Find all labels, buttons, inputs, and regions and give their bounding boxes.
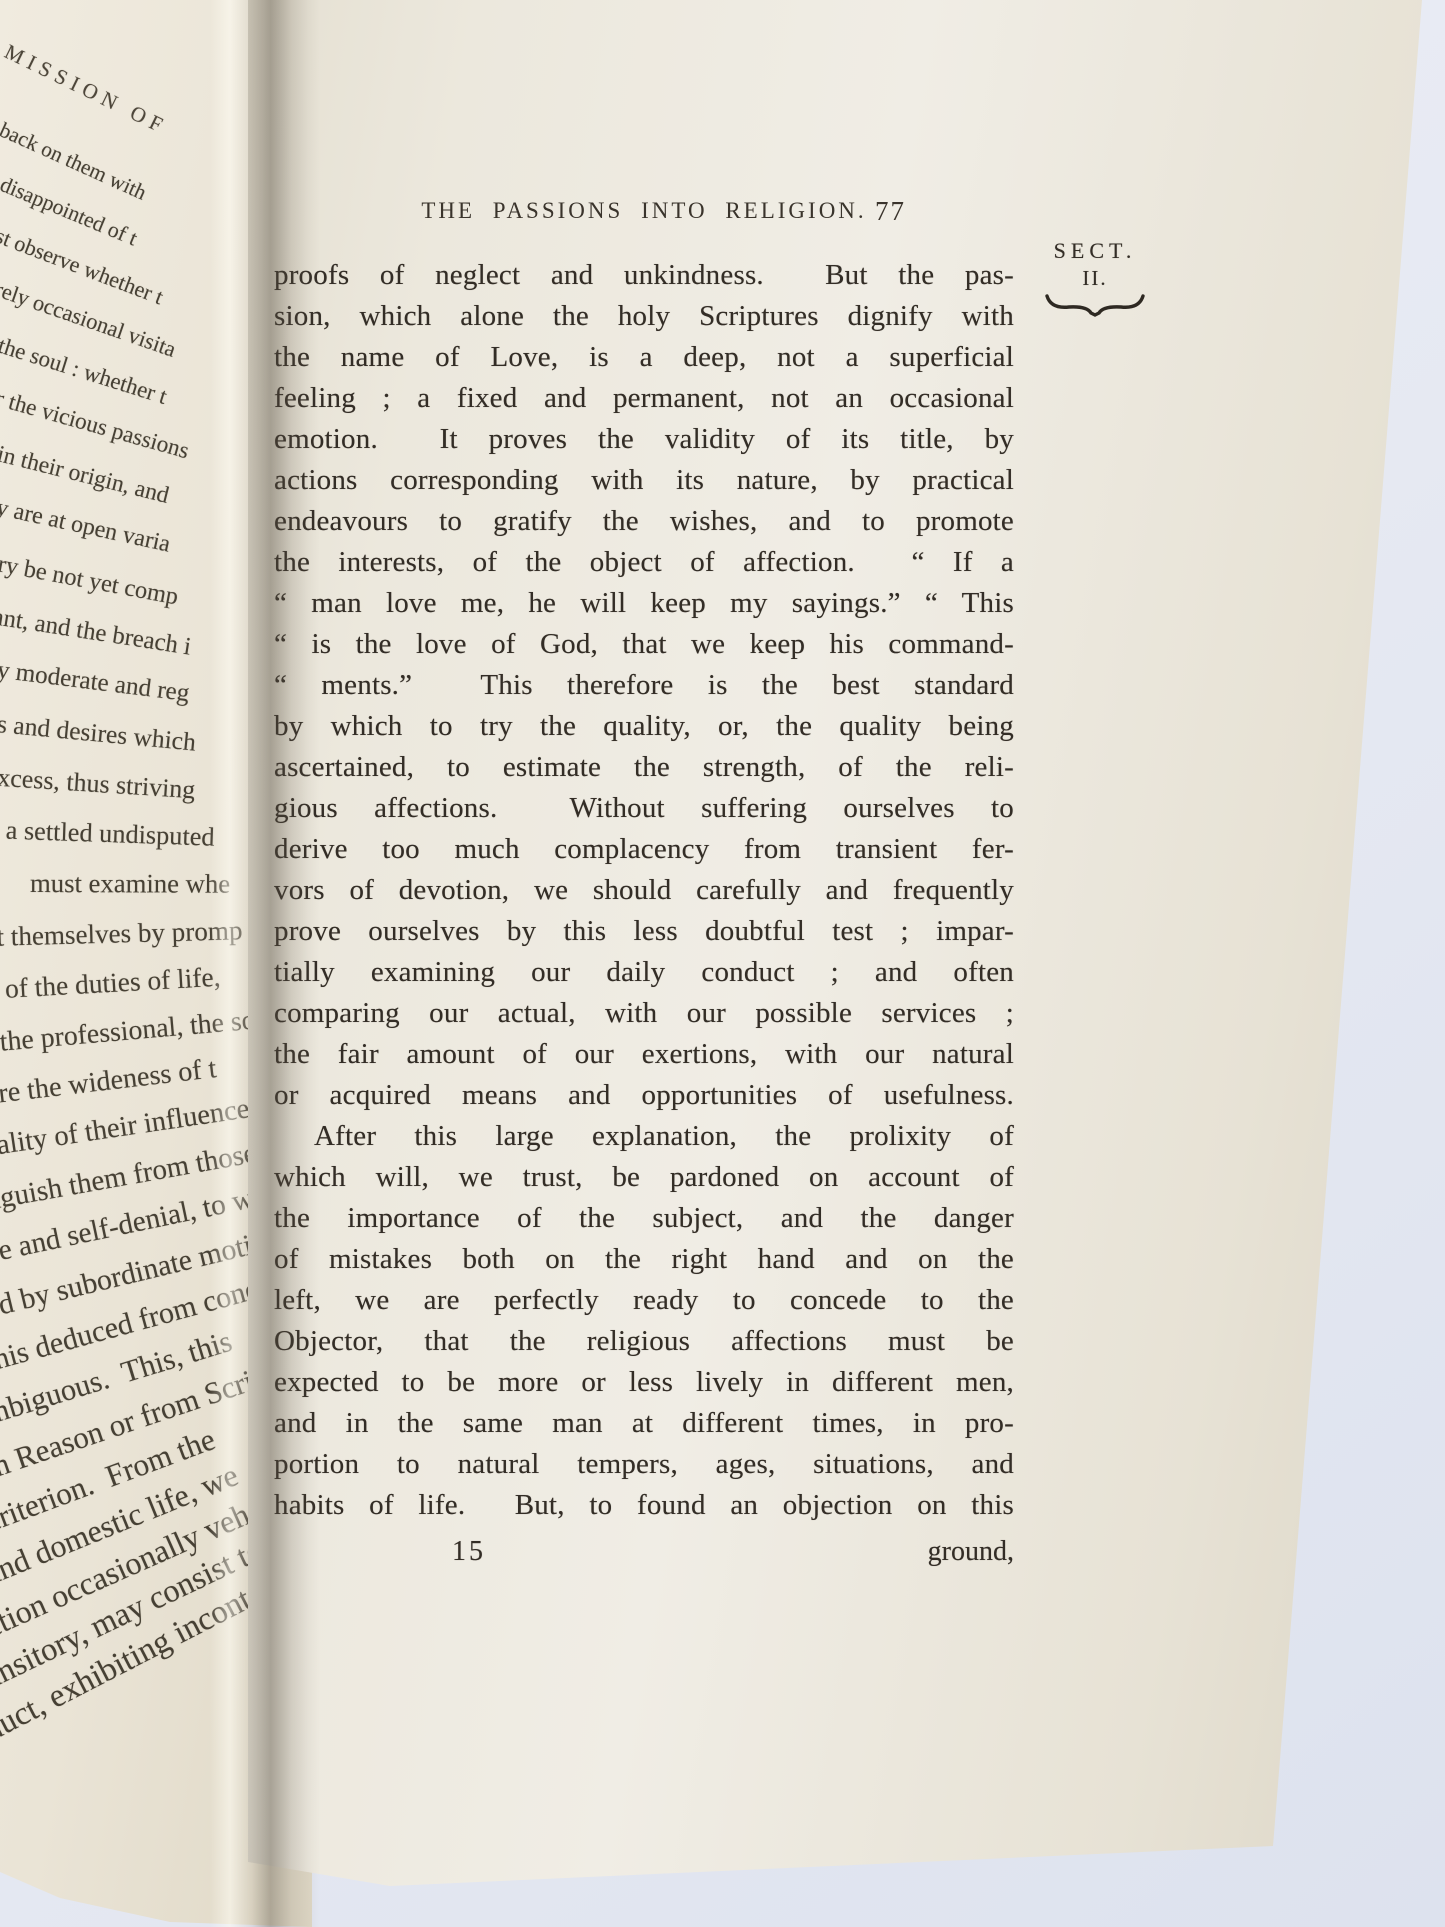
- text-line: the name of Love, is a deep, not a super…: [274, 337, 1014, 378]
- left-page-text-fragment: h a settled undisputed: [0, 815, 215, 853]
- left-page-text-fragment: st themselves by promp: [0, 915, 243, 953]
- text-line: which will, we trust, be pardoned on acc…: [274, 1157, 1014, 1198]
- page-number: 77: [875, 196, 906, 227]
- text-line: sion, which alone the holy Scriptures di…: [274, 296, 1014, 337]
- body-lines: proofs of neglect and unkindness. But th…: [274, 255, 1014, 1526]
- text-line: gious affections. Without suffering ours…: [274, 788, 1014, 829]
- text-line: the fair amount of our exertions, with o…: [274, 1034, 1014, 1075]
- page-text-block: THE PASSIONS INTO RELIGION. 77 proofs of…: [274, 198, 1014, 1572]
- section-margin-note: SECT. II.: [1030, 238, 1160, 317]
- page-header: THE PASSIONS INTO RELIGION. 77: [274, 198, 1014, 242]
- text-line: “ ments.” This therefore is the best sta…: [274, 665, 1014, 706]
- left-page-text-fragment: must examine whe: [30, 868, 230, 900]
- text-line: feeling ; a fixed and permanent, not an …: [274, 378, 1014, 419]
- text-line: expected to be more or less lively in di…: [274, 1362, 1014, 1403]
- text-line: prove ourselves by this less doubtful te…: [274, 911, 1014, 952]
- text-line: habits of life. But, to found an objecti…: [274, 1485, 1014, 1526]
- text-line: comparing our actual, with our possible …: [274, 993, 1014, 1034]
- left-page-text-fragment: tant, and the breach i: [0, 602, 193, 661]
- section-brace-ornament: [1043, 293, 1147, 317]
- text-line: “ is the love of God, that we keep his c…: [274, 624, 1014, 665]
- text-line: and in the same man at different times, …: [274, 1403, 1014, 1444]
- text-line: Objector, that the religious affections …: [274, 1321, 1014, 1362]
- section-label: SECT.: [1030, 238, 1160, 264]
- left-page-text-fragment: excess, thus striving: [0, 762, 196, 805]
- text-line: of mistakes both on the right hand and o…: [274, 1239, 1014, 1280]
- text-line: actions corresponding with its nature, b…: [274, 460, 1014, 501]
- text-line: emotion. It proves the validity of its t…: [274, 419, 1014, 460]
- text-line: “ man love me, he will keep my sayings.”…: [274, 583, 1014, 624]
- signature-mark: 15: [452, 1531, 486, 1572]
- text-line: derive too much complacency from transie…: [274, 829, 1014, 870]
- catchword: ground,: [928, 1531, 1014, 1572]
- text-line: endeavours to gratify the wishes, and to…: [274, 501, 1014, 542]
- text-line: the importance of the subject, and the d…: [274, 1198, 1014, 1239]
- text-line: After this large explanation, the prolix…: [274, 1116, 1014, 1157]
- text-line: vors of devotion, we should carefully an…: [274, 870, 1014, 911]
- book-photograph: MISSION OFg back on them withg disappoin…: [0, 0, 1445, 1927]
- text-line: the interests, of the object of affectio…: [274, 542, 1014, 583]
- text-line: tially examining our daily conduct ; and…: [274, 952, 1014, 993]
- left-page-running-title-fragment: MISSION OF: [1, 39, 172, 140]
- left-page-text-fragment: ory be not yet comp: [0, 548, 180, 611]
- text-line: portion to natural tempers, ages, situat…: [274, 1444, 1014, 1485]
- right-page: SECT. II. THE PASSIONS INTO RELIGION. 77…: [230, 0, 1445, 1927]
- page-footer: 15 ground,: [274, 1531, 1014, 1572]
- text-line: or acquired means and opportunities of u…: [274, 1075, 1014, 1116]
- section-numeral: II.: [1030, 266, 1160, 291]
- left-page-text-fragment: , the professional, the so: [0, 1005, 257, 1060]
- left-page-text-fragment: es and desires which: [0, 708, 197, 758]
- text-line: by which to try the quality, or, the qua…: [274, 706, 1014, 747]
- text-line: proofs of neglect and unkindness. But th…: [274, 255, 1014, 296]
- left-page-text-fragment: ey moderate and reg: [0, 655, 191, 708]
- left-page-text-fragment: e of the duties of life,: [0, 962, 221, 1006]
- text-line: left, we are perfectly ready to concede …: [274, 1280, 1014, 1321]
- text-line: ascertained, to estimate the strength, o…: [274, 747, 1014, 788]
